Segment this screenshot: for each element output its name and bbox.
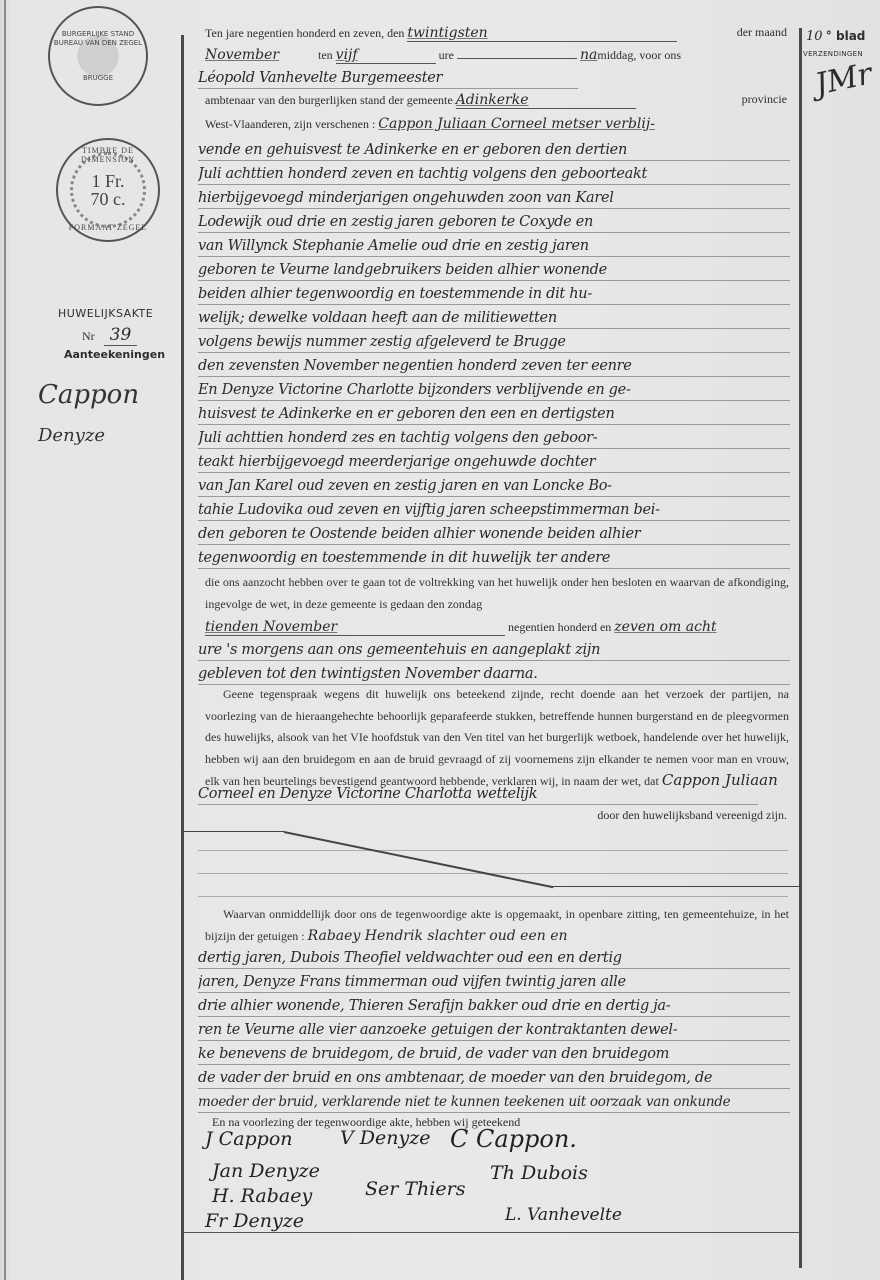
shipments-label: VERZENDINGEN bbox=[803, 50, 863, 58]
margin-name-groom: Cappon bbox=[38, 380, 139, 410]
signature: J Cappon bbox=[205, 1128, 293, 1150]
page-edge bbox=[4, 0, 6, 1280]
handwritten-line: ke benevens de bruidegom, de bruid, de v… bbox=[198, 1044, 790, 1065]
handwritten-line: den zevensten November negentien honderd… bbox=[198, 356, 790, 377]
consent-paragraph: Geene tegenspraak wegens dit huwelijk on… bbox=[205, 684, 789, 793]
stamp-text: BRUGGE bbox=[54, 74, 142, 83]
official-initials: JMr bbox=[812, 56, 875, 102]
deed-number-value: 39 bbox=[104, 325, 138, 346]
strike-diagonal bbox=[284, 831, 554, 888]
signature: C Cappon. bbox=[450, 1125, 577, 1153]
strike-line bbox=[184, 831, 284, 832]
stamp-top-text: TIMBRE DE DIMENSION bbox=[58, 146, 158, 164]
document-page: BURGERLIJKE STAND BUREAU VAN DEN ZEGEL B… bbox=[0, 0, 880, 1280]
handwritten-line: teakt hierbijgevoegd meerderjarige ongeh… bbox=[198, 452, 790, 473]
handwritten-line: ure 's morgens aan ons gemeentehuis en a… bbox=[198, 640, 790, 661]
witness-paragraph: Waarvan onmiddellijk door ons de tegenwo… bbox=[205, 903, 789, 947]
header-line-1: Ten jare negentien honderd en zeven, den… bbox=[205, 25, 787, 42]
printed-text: West-Vlaanderen, zijn verschenen : bbox=[205, 117, 375, 131]
stamp-text: BUREAU VAN DEN ZEGEL bbox=[54, 39, 142, 48]
printed-text: middag, voor ons bbox=[597, 48, 681, 62]
day-field: twintigsten bbox=[407, 25, 677, 42]
printed-paragraph: die ons aanzocht hebben over te gaan tot… bbox=[205, 571, 789, 615]
handwritten-line: moeder der bruid, verklarende niet te ku… bbox=[198, 1092, 790, 1113]
handwritten-line: tegenwoordig en toestemmende in dit huwe… bbox=[198, 548, 790, 569]
deed-number: Nr 39 bbox=[82, 325, 137, 345]
officiant-field: Léopold Vanhevelte Burgemeester bbox=[198, 68, 578, 89]
handwritten-line: beiden alhier tegenwoordig en toestemmen… bbox=[198, 284, 790, 305]
deed-title: HUWELIJKSAKTE bbox=[58, 307, 153, 320]
handwritten-line: hierbijgevoegd minderjarigen ongehuwden … bbox=[198, 188, 790, 209]
signature: Jan Denyze bbox=[212, 1160, 320, 1182]
signature: Ser Thiers bbox=[365, 1178, 465, 1200]
handwritten-line: van Jan Karel oud zeven en zestig jaren … bbox=[198, 476, 790, 497]
printed-text: provincie bbox=[742, 92, 787, 107]
tax-stamp: TIMBRE DE DIMENSION 1 Fr. 70 c. FORMAAT … bbox=[56, 138, 160, 242]
signature: V Denyze bbox=[340, 1127, 430, 1149]
printed-text: ten bbox=[318, 48, 333, 62]
sheet-number: 10 ° blad bbox=[806, 28, 865, 44]
header-line-5: West-Vlaanderen, zijn verschenen : Cappo… bbox=[205, 116, 787, 132]
municipality-field: Adinkerke bbox=[456, 92, 636, 109]
handwritten-line: van Willynck Stephanie Amelie oud drie e… bbox=[198, 236, 790, 257]
margin-name-bride: Denyze bbox=[38, 425, 105, 446]
handwritten-line: de vader der bruid en ons ambtenaar, de … bbox=[198, 1068, 790, 1089]
month-field: November bbox=[205, 47, 315, 63]
stamp-bottom-text: FORMAAT ZEGEL bbox=[58, 223, 158, 232]
frame-bottom-rule bbox=[184, 1232, 800, 1233]
registry-stamp: BURGERLIJKE STAND BUREAU VAN DEN ZEGEL B… bbox=[48, 6, 148, 106]
frame-right-border bbox=[799, 28, 802, 1268]
printed-text: ure bbox=[439, 48, 454, 62]
ruled-line bbox=[198, 896, 788, 897]
publication-year-field: zeven om acht bbox=[614, 619, 716, 635]
printed-text: door den huwelijksband vereenigd zijn. bbox=[597, 808, 787, 822]
ampm-field: na bbox=[580, 47, 597, 63]
header-line-2: November ten vijf ure namiddag, voor ons bbox=[205, 47, 787, 64]
groom-name-field: Cappon Juliaan Corneel metser verblij- bbox=[378, 116, 655, 132]
spouse-names-field: Corneel en Denyze Victorine Charlotta we… bbox=[198, 784, 758, 805]
handwritten-line: welijk; dewelke voldaan heeft aan de mil… bbox=[198, 308, 790, 329]
signature: H. Rabaey bbox=[212, 1185, 312, 1207]
printed-text: der maand bbox=[737, 25, 787, 40]
handwritten-line: volgens bewijs nummer zestig afgeleverd … bbox=[198, 332, 790, 353]
consent-closing: door den huwelijksband vereenigd zijn. bbox=[205, 808, 787, 823]
deed-number-label: Nr bbox=[82, 329, 95, 343]
strike-line bbox=[553, 886, 800, 887]
handwritten-line: tahie Ludovika oud zeven en vijftig jare… bbox=[198, 500, 790, 521]
handwritten-line: dertig jaren, Dubois Theofiel veldwachte… bbox=[198, 948, 790, 969]
handwritten-line: gebleven tot den twintigsten November da… bbox=[198, 664, 790, 685]
printed-text: Ten jare negentien honderd en zeven, den bbox=[205, 26, 404, 40]
handwritten-line: geboren te Veurne landgebruikers beiden … bbox=[198, 260, 790, 281]
handwritten-line: En Denyze Victorine Charlotte bijzonders… bbox=[198, 380, 790, 401]
signature: L. Vanhevelte bbox=[505, 1205, 622, 1225]
signature: Th Dubois bbox=[490, 1162, 588, 1184]
handwritten-line: vende en gehuisvest te Adinkerke en er g… bbox=[198, 140, 790, 161]
witness-field: Rabaey Hendrik slachter oud een en bbox=[308, 928, 568, 944]
header-line-4: ambtenaar van den burgerlijken stand der… bbox=[205, 92, 787, 109]
publication-date-line: tienden November negentien honderd en ze… bbox=[205, 619, 787, 636]
sheet-number-value: 10 bbox=[806, 29, 823, 44]
handwritten-line: den geboren te Oostende beiden alhier wo… bbox=[198, 524, 790, 545]
printed-text: negentien honderd en bbox=[508, 620, 611, 634]
handwritten-line: drie alhier wonende, Thieren Serafijn ba… bbox=[198, 996, 790, 1017]
notes-label: Aanteekeningen bbox=[64, 348, 165, 361]
ruled-line bbox=[198, 850, 788, 851]
handwritten-line: Juli achttien honderd zeven en tachtig v… bbox=[198, 164, 790, 185]
signature: Fr Denyze bbox=[205, 1210, 304, 1232]
handwritten-line: Lodewijk oud drie en zestig jaren gebore… bbox=[198, 212, 790, 233]
handwritten-line: ren te Veurne alle vier aanzoeke getuige… bbox=[198, 1020, 790, 1041]
sheet-label: blad bbox=[836, 29, 865, 43]
printed-text: ambtenaar van den burgerlijken stand der… bbox=[205, 93, 453, 107]
handwritten-line: huisvest te Adinkerke en er geboren den … bbox=[198, 404, 790, 425]
stamp-text: BURGERLIJKE STAND bbox=[54, 30, 142, 39]
handwritten-line: Juli achttien honderd zes en tachtig vol… bbox=[198, 428, 790, 449]
hour-field: vijf bbox=[336, 47, 436, 64]
frame-left-border bbox=[181, 35, 184, 1280]
publication-day-field: tienden November bbox=[205, 619, 505, 636]
handwritten-line: jaren, Denyze Frans timmerman oud vijfen… bbox=[198, 972, 790, 993]
